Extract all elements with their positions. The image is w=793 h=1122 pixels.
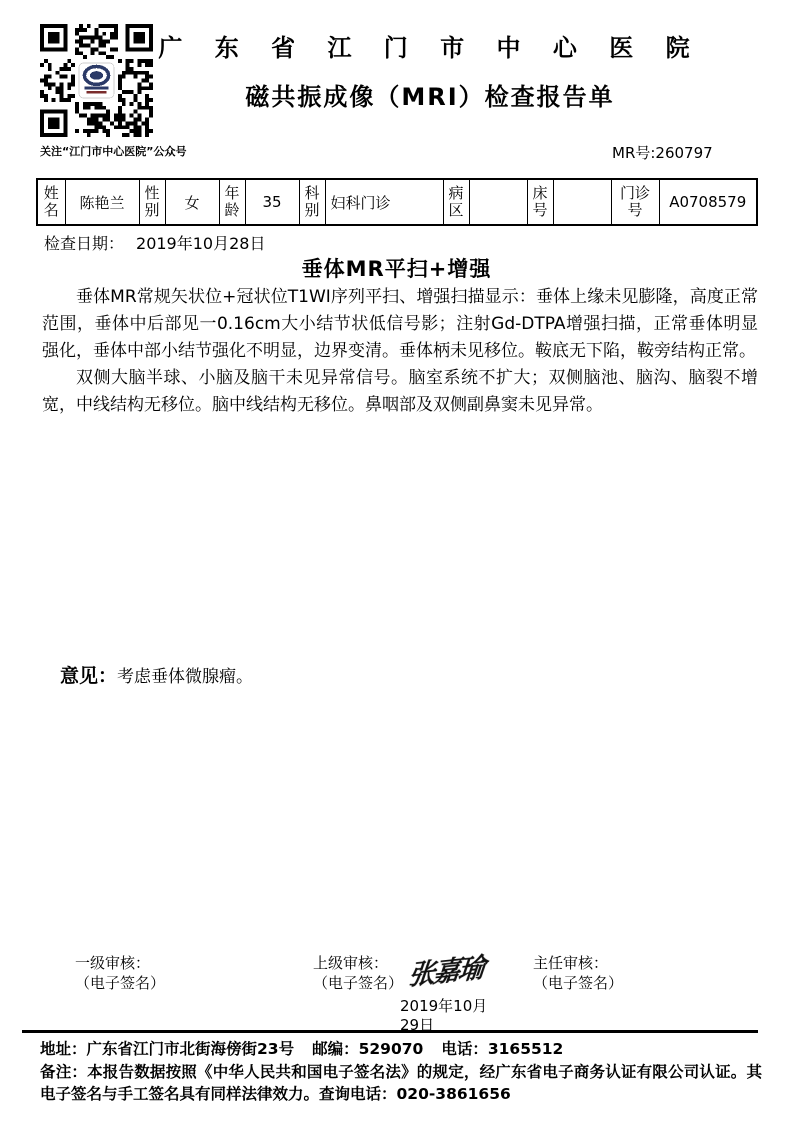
exam-date-value: 2019年10月28日 bbox=[136, 234, 265, 253]
mr-number-value: 260797 bbox=[655, 144, 712, 162]
phone-value: 3165512 bbox=[488, 1040, 564, 1058]
footer-divider bbox=[22, 1030, 758, 1033]
chief-review-label: 主任审核： bbox=[533, 953, 623, 973]
age-label: 年龄 bbox=[219, 179, 245, 225]
opinion-label: 意见： bbox=[60, 665, 117, 687]
first-review-signature: 一级审核： （电子签名） bbox=[75, 953, 165, 993]
report-title: 磁共振成像（MRI）检查报告单 bbox=[150, 77, 710, 112]
table-row: 姓名 陈艳兰 性别 女 年龄 35 科别 妇科门诊 病区 床号 门诊号 A070… bbox=[37, 179, 757, 225]
qr-code-icon bbox=[40, 24, 153, 137]
footer: 地址：广东省江门市北街海傍街23号邮编：529070电话：3165512 备注：… bbox=[40, 1038, 762, 1105]
qr-caption: 关注“江门市中心医院”公众号 bbox=[40, 143, 220, 159]
address-label: 地址： bbox=[40, 1040, 87, 1058]
exam-date-row: 检查日期：2019年10月28日 bbox=[44, 231, 265, 254]
chief-review-sub: （电子签名） bbox=[533, 973, 623, 993]
bed-label: 床号 bbox=[527, 179, 553, 225]
first-review-label: 一级审核： bbox=[75, 953, 165, 973]
report-header: 广 东 省 江 门 市 中 心 医 院 磁共振成像（MRI）检查报告单 bbox=[150, 28, 710, 112]
age-value: 35 bbox=[245, 179, 299, 225]
mr-number-label: MR号: bbox=[612, 144, 655, 162]
name-label: 姓名 bbox=[37, 179, 65, 225]
opinion-section: 意见：考虑垂体微腺瘤。 bbox=[60, 661, 253, 688]
exam-date-label: 检查日期： bbox=[44, 234, 124, 253]
opinion-text: 考虑垂体微腺瘤。 bbox=[117, 667, 253, 687]
bed-value bbox=[553, 179, 611, 225]
hospital-logo bbox=[79, 63, 114, 98]
footer-address-line: 地址：广东省江门市北街海傍街23号邮编：529070电话：3165512 bbox=[40, 1038, 762, 1060]
exam-title: 垂体MR平扫+增强 bbox=[0, 253, 793, 283]
hospital-name: 广 东 省 江 门 市 中 心 医 院 bbox=[150, 28, 710, 63]
outpatient-no-label: 门诊号 bbox=[611, 179, 659, 225]
department-label: 科别 bbox=[299, 179, 325, 225]
senior-review-label: 上级审核： bbox=[313, 953, 403, 973]
senior-review-signature: 上级审核： （电子签名） bbox=[313, 953, 403, 993]
patient-info-table: 姓名 陈艳兰 性别 女 年龄 35 科别 妇科门诊 病区 床号 门诊号 A070… bbox=[36, 178, 758, 226]
first-review-sub: （电子签名） bbox=[75, 973, 165, 993]
footer-note: 备注：本报告数据按照《中华人民共和国电子签名法》的规定，经广东省电子商务认证有限… bbox=[40, 1061, 762, 1105]
senior-review-sub: （电子签名） bbox=[313, 973, 403, 993]
mri-report-page: 关注“江门市中心医院”公众号 广 东 省 江 门 市 中 心 医 院 磁共振成像… bbox=[0, 0, 793, 1122]
department-value: 妇科门诊 bbox=[325, 179, 443, 225]
sex-label: 性别 bbox=[139, 179, 165, 225]
postal-label: 邮编： bbox=[312, 1040, 359, 1058]
chief-review-signature: 主任审核： （电子签名） bbox=[533, 953, 623, 993]
outpatient-no-value: A0708579 bbox=[659, 179, 757, 225]
findings-paragraph: 双侧大脑半球、小脑及脑干未见异常信号。脑室系统不扩大；双侧脑池、脑沟、脑裂不增宽… bbox=[42, 365, 758, 419]
phone-label: 电话： bbox=[441, 1040, 488, 1058]
name-value: 陈艳兰 bbox=[65, 179, 139, 225]
handwritten-signature: 张嘉瑜 bbox=[406, 942, 520, 1000]
ward-label: 病区 bbox=[443, 179, 469, 225]
findings-section: 垂体MR常规矢状位+冠状位T1WI序列平扫、增强扫描显示：垂体上缘未见膨隆，高度… bbox=[42, 284, 758, 419]
sex-value: 女 bbox=[165, 179, 219, 225]
findings-paragraph: 垂体MR常规矢状位+冠状位T1WI序列平扫、增强扫描显示：垂体上缘未见膨隆，高度… bbox=[42, 284, 758, 365]
address-value: 广东省江门市北街海傍街23号 bbox=[87, 1040, 295, 1058]
ward-value bbox=[469, 179, 527, 225]
mr-number: MR号:260797 bbox=[612, 142, 713, 163]
postal-value: 529070 bbox=[359, 1040, 424, 1058]
